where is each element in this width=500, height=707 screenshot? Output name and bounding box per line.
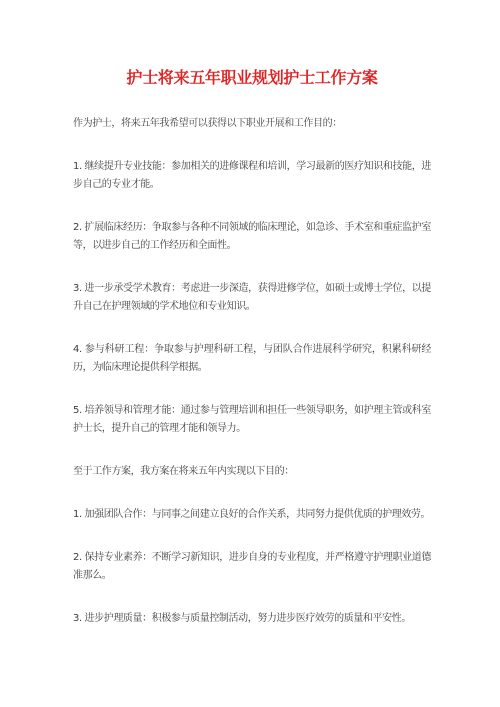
- document-content: 护士将来五年职业规划护士工作方案 作为护士，将来五年我希望可以获得以下职业开展和…: [0, 0, 500, 628]
- goal-item-1: 1. 继续提升专业技能：参加相关的进修课程和培训，学习最新的医疗知识和技能，进步…: [73, 158, 431, 194]
- intro-paragraph: 作为护士，将来五年我希望可以获得以下职业开展和工作目的：: [73, 115, 431, 133]
- plan-item-1: 1. 加强团队合作：与同事之间建立良好的合作关系，共同努力提供优质的护理效劳。: [73, 506, 431, 524]
- plan-intro-paragraph: 至于工作方案，我方案在将来五年内实现以下目的：: [73, 463, 431, 481]
- page-title: 护士将来五年职业规划护士工作方案: [73, 66, 431, 90]
- plan-item-2: 2. 保持专业素养：不断学习新知识，进步自身的专业程度，并严格遵守护理职业道德准…: [73, 549, 431, 585]
- plan-item-3: 3. 进步护理质量：积极参与质量控制活动，努力进步医疗效劳的质量和平安性。: [73, 610, 431, 628]
- document-page: 护士将来五年职业规划护士工作方案 作为护士，将来五年我希望可以获得以下职业开展和…: [0, 0, 500, 707]
- goal-item-2: 2. 扩展临床经历：争取参与各种不同领域的临床理论，如急诊、手术室和重症监护室等…: [73, 219, 431, 255]
- goal-item-4: 4. 参与科研工程：争取参与护理科研工程，与团队合作进展科学研究，积累科研经历，…: [73, 341, 431, 377]
- goal-item-5: 5. 培养领导和管理才能：通过参与管理培训和担任一些领导职务，如护理主管或科室护…: [73, 402, 431, 438]
- goal-item-3: 3. 进一步承受学术教育：考虑进一步深造，获得进修学位，如硕士或博士学位，以提升…: [73, 280, 431, 316]
